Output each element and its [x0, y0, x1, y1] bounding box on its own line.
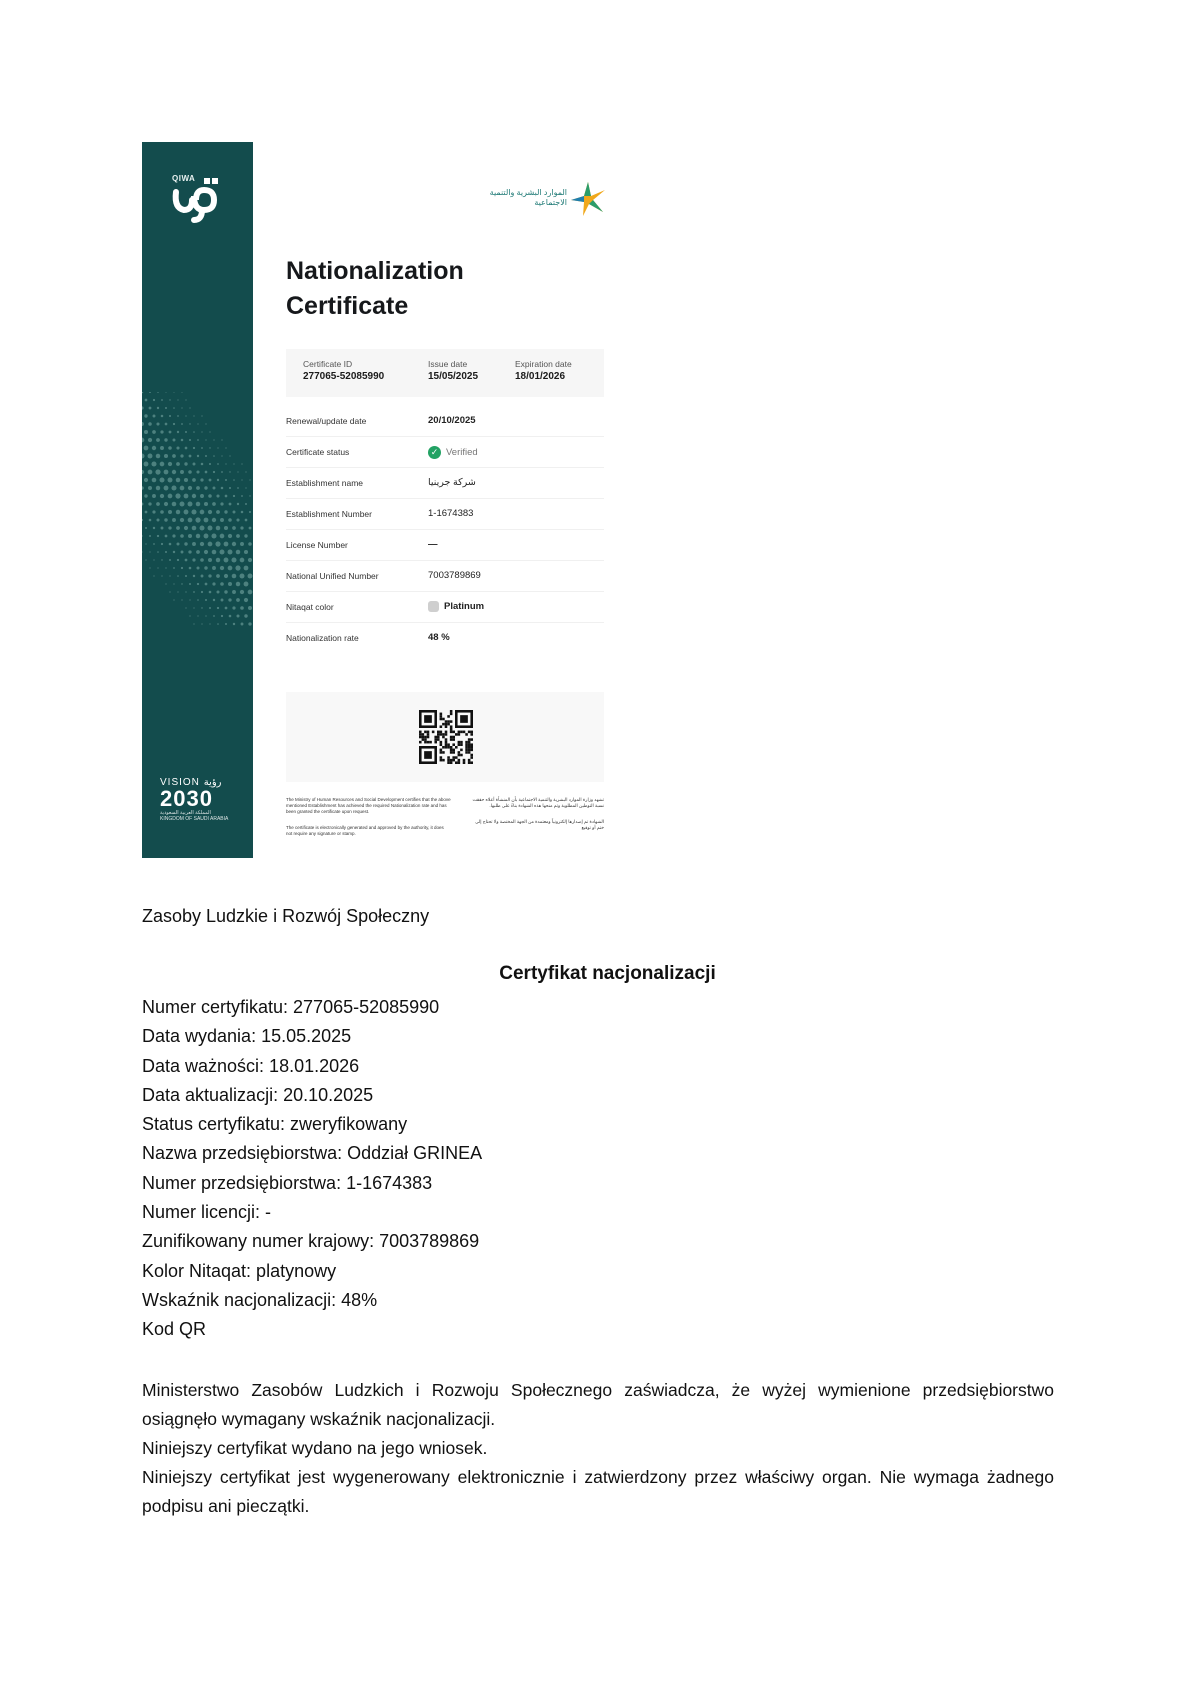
- ministry-star-icon: [569, 180, 607, 218]
- vision-2030-logo: VISION رؤية 2030 المملكة العربية السعودي…: [160, 777, 240, 822]
- field-nitaqat-color: Kolor Nitaqat: platynowy: [142, 1257, 482, 1286]
- field-status: Status certyfikatu: zweryfikowany: [142, 1110, 482, 1139]
- ministry-name: Zasoby Ludzkie i Rozwój Społeczny: [142, 906, 429, 927]
- certificate-details: Renewal/update date 20/10/2025 Certifica…: [286, 406, 604, 653]
- field-qr-code: Kod QR: [142, 1315, 482, 1344]
- certificate-title: Nationalization Certificate: [286, 254, 464, 324]
- field-certificate-number: Numer certyfikatu: 277065-52085990: [142, 993, 482, 1022]
- summary-expiration-date: Expiration date 18/01/2026: [515, 359, 572, 382]
- detail-row-status: Certificate status ✓Verified: [286, 437, 604, 468]
- detail-row-renewal-date: Renewal/update date 20/10/2025: [286, 406, 604, 437]
- paragraph-certification: Ministerstwo Zasobów Ludzkich i Rozwoju …: [142, 1376, 1054, 1434]
- certificate-summary: Certificate ID 277065-52085990 Issue dat…: [286, 349, 604, 397]
- dot-pattern-decoration: [142, 392, 253, 652]
- summary-certificate-id: Certificate ID 277065-52085990: [303, 359, 384, 382]
- detail-row-license-number: License Number —: [286, 530, 604, 561]
- certificate-image: QIWA VISION رؤية 2030 المملكة العربية ال…: [142, 142, 612, 858]
- qiwa-logo-icon: QIWA: [170, 174, 230, 234]
- detail-row-nitaqat-color: Nitaqat color Platinum: [286, 592, 604, 623]
- translation-fields: Numer certyfikatu: 277065-52085990 Data …: [142, 993, 482, 1345]
- document-title: Certyfikat nacjonalizacji: [0, 963, 1191, 985]
- summary-issue-date: Issue date 15/05/2025: [428, 359, 478, 382]
- paragraph-electronic: Niniejszy certyfikat jest wygenerowany e…: [142, 1463, 1054, 1521]
- field-nationalization-rate: Wskaźnik nacjonalizacji: 48%: [142, 1286, 482, 1315]
- qr-code-icon: [419, 710, 473, 764]
- ministry-logo: الموارد البشرية والتنمية الاجتماعية: [487, 180, 607, 218]
- qr-code-section: [286, 692, 604, 782]
- field-issue-date: Data wydania: 15.05.2025: [142, 1022, 482, 1051]
- detail-row-national-unified-number: National Unified Number 7003789869: [286, 561, 604, 592]
- field-national-unified-number: Zunifikowany numer krajowy: 7003789869: [142, 1227, 482, 1256]
- verified-check-icon: ✓: [428, 446, 441, 459]
- detail-row-nationalization-rate: Nationalization rate 48 %: [286, 623, 604, 653]
- certificate-sidebar: QIWA VISION رؤية 2030 المملكة العربية ال…: [142, 142, 253, 858]
- field-establishment-number: Numer przedsiębiorstwa: 1-1674383: [142, 1169, 482, 1198]
- paragraph-request: Niniejszy certyfikat wydano na jego wnio…: [142, 1434, 1054, 1463]
- field-license-number: Numer licencji: -: [142, 1198, 482, 1227]
- detail-row-establishment-name: Establishment name شركة جرينيا: [286, 468, 604, 499]
- field-establishment-name: Nazwa przedsiębiorstwa: Oddział GRINEA: [142, 1139, 482, 1168]
- translation-paragraphs: Ministerstwo Zasobów Ludzkich i Rozwoju …: [142, 1376, 1054, 1521]
- field-expiration-date: Data ważności: 18.01.2026: [142, 1052, 482, 1081]
- detail-row-establishment-number: Establishment Number 1-1674383: [286, 499, 604, 530]
- field-update-date: Data aktualizacji: 20.10.2025: [142, 1081, 482, 1110]
- certificate-footer-en: The Ministry of Human Resources and Soci…: [286, 797, 451, 847]
- platinum-swatch-icon: [428, 601, 439, 612]
- certificate-footer-ar: تشهد وزارة الموارد البشرية والتنمية الاج…: [472, 797, 604, 841]
